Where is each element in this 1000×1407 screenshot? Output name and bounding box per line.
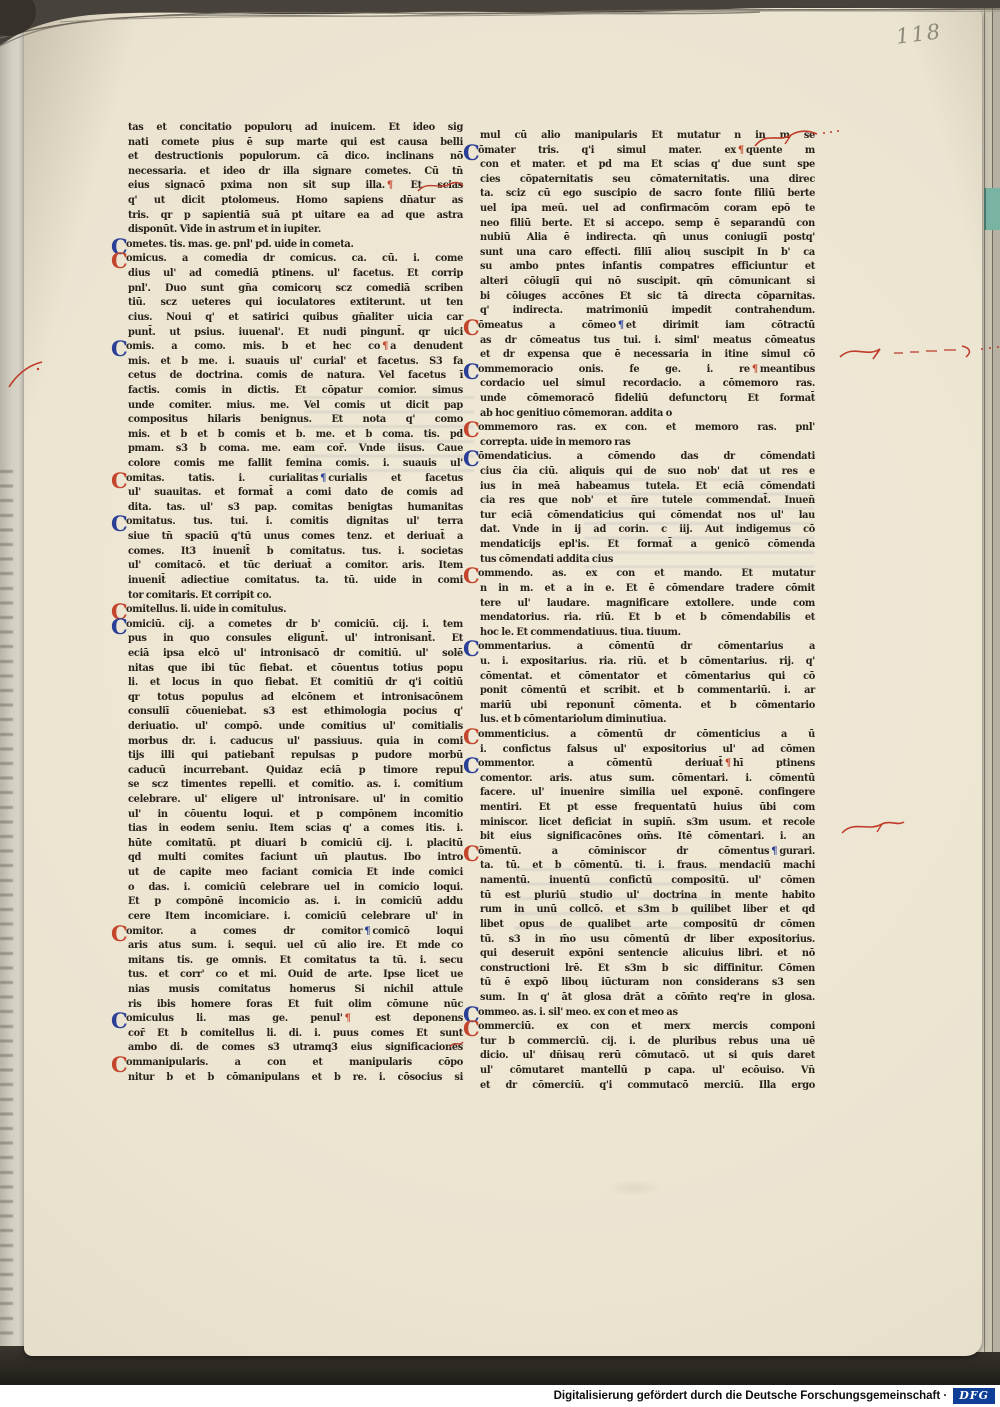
text-line: dius ul' ad comediā ptinens. ul' facetus… <box>128 267 463 282</box>
text-line: Comitatus. tus. tui. i. comitis dignitas… <box>128 515 463 530</box>
text-column-left: tas et concitatio populorų ad inuicem. E… <box>128 121 463 1085</box>
text-line: Et p compōnē incomicio as. i. in comiciū… <box>128 895 463 910</box>
text-line: compositus hilaris benignus. Et nota q' … <box>128 413 463 428</box>
illuminated-initial: C <box>463 848 478 859</box>
text-line: tas et concitatio populorų ad inuicem. E… <box>128 121 463 136</box>
text-line: rum in unū collcō. et s3m b quilibet lib… <box>480 903 815 918</box>
illuminated-initial: C <box>111 518 126 529</box>
text-line: uel ipa meū. uel ad confirmacōm coram ep… <box>480 202 815 217</box>
text-line: q' ut dicit ptolomeus. Homo sapiens dn̄a… <box>128 194 463 209</box>
text-line: punt̄. ut psius. iuuenal'. Et nudi pingu… <box>128 326 463 341</box>
paragraph-mark: ¶ <box>318 473 328 484</box>
text-line: hūte comitatū. pt diuari b comiciū cij. … <box>128 837 463 852</box>
text-line: ponit cōmentū et scribit. et b commentar… <box>480 684 815 699</box>
text-line: Comicus. a comedia dr comicus. ca. cū. i… <box>128 252 463 267</box>
text-line: mariū ubi reponunt̄ cōmenta. et b cōment… <box>480 699 815 714</box>
paragraph-mark: ¶ <box>736 145 746 156</box>
illuminated-initial: C <box>463 453 478 464</box>
text-line: tur b commerciū. cij. i. de pluribus reb… <box>480 1035 815 1050</box>
text-line: tias in eodem seniu. Item scias q' a com… <box>128 822 463 837</box>
text-line: dat. Vnde in ij ad corin. c iij. Aut ind… <box>480 523 815 538</box>
text-line: tū est pluriū studio ul' doctrina in men… <box>480 889 815 904</box>
text-line: correpta. uide in memoro ras <box>480 436 815 451</box>
text-line: ambo di. de comes s3 utramq3 eius signif… <box>128 1041 463 1056</box>
digitization-footer: Digitalisierung gefördert durch die Deut… <box>0 1385 1000 1407</box>
text-line: qd multi comites faciunt un̄ plautus. Ib… <box>128 851 463 866</box>
paragraph-mark: ¶ <box>769 846 779 857</box>
illuminated-initial: C <box>463 570 478 581</box>
illuminated-initial: C <box>463 147 478 158</box>
paragraph-mark: ¶ <box>723 758 733 769</box>
text-line: qui deseruit expōni sentencie alicuius l… <box>480 947 815 962</box>
text-line: unde cōmemoracō fideliū defunctorų Et fo… <box>480 392 815 407</box>
text-line: eius signacō pxima non sit sup illa.¶ Et… <box>128 179 463 194</box>
text-line: ul' comitacō. et tūc deriuat̄ a comitor.… <box>128 559 463 574</box>
text-line: tus cōmendati addita cius <box>480 553 815 568</box>
red-pen-flourish-icon <box>4 356 48 392</box>
paragraph-mark: ¶ <box>362 926 372 937</box>
text-line: nitas que ibi tūc fiebat. et cōuentus to… <box>128 662 463 677</box>
facing-page-text-bleed <box>0 470 13 1340</box>
text-line: necessaria. et ideo dr illa signare come… <box>128 165 463 180</box>
red-pen-flourish-icon <box>838 816 910 840</box>
illuminated-initial: C <box>463 366 478 377</box>
illuminated-initial: C <box>111 1015 126 1026</box>
text-line: tor comitaris. Et corripit co. <box>128 589 463 604</box>
text-line: ta. sciz cū ego suscipio de sacro fonte … <box>480 187 815 202</box>
text-line: nati comete pius ē sup marte qui est cau… <box>128 136 463 151</box>
text-line: et dr expensa que ē necessaria in itine … <box>480 348 815 363</box>
text-line: pmam. s3 b coma. me. eam cor̄. Vnde iisu… <box>128 442 463 457</box>
text-line: sum. In q' āt glosa drāt a cōm̄to req're… <box>480 991 815 1006</box>
text-line: pnl'. Duo sunt gn̄a comicorų scz comediā… <box>128 282 463 297</box>
text-line: tijs illi qui patiebant̄ repulsas p pudo… <box>128 749 463 764</box>
text-line: et destructionis populorum. cā dico. inc… <box>128 150 463 165</box>
text-line: Cōmendaticius. a cōmendo das dr cōmendat… <box>480 450 815 465</box>
text-line: constructioni lrē. Et s3m b sic diffinit… <box>480 962 815 977</box>
text-line: cor̄ Et b comitellus li. di. i. puus com… <box>128 1027 463 1042</box>
text-line: libet opus de qualibet arte compositū dr… <box>480 918 815 933</box>
footer-credit-text: Digitalisierung gefördert durch die Deut… <box>554 1390 948 1402</box>
text-line: Commenticius. a cōmentū dr cōmenticius a… <box>480 728 815 743</box>
text-line: Commentor. a cōmentū deriuat̄¶hī ptinens <box>480 757 815 772</box>
manuscript-page: 118 tas et concitatio populorų ad inuice… <box>24 8 982 1356</box>
illuminated-initial: C <box>111 621 126 632</box>
text-line: Commerciū. ex con et merx mercis componi <box>480 1020 815 1035</box>
text-line: Commeo. as. i. sil' meo. ex con et meo a… <box>480 1006 815 1021</box>
text-line: comentor. aris. atus sum. cōmentari. i. … <box>480 772 815 787</box>
text-line: deriuatio. ul' compō. unde comitius ul' … <box>128 720 463 735</box>
text-line: mis. et b me. i. suauis ul' curial' et f… <box>128 355 463 370</box>
illuminated-initial: C <box>111 1059 126 1070</box>
text-line: celebrare. ul' eligere ul' intronisare. … <box>128 793 463 808</box>
text-line: Comiciū. cij. a cometes dr b' comiciū. c… <box>128 618 463 633</box>
text-line: miniscor. licet deficiat in supin̄. s3m … <box>480 816 815 831</box>
text-line: ab hoc genitiuo cōmemoran. addita o <box>480 407 815 422</box>
text-line: cius. Noui q' et satirici quibus gn̄alit… <box>128 311 463 326</box>
text-line: ris ibis homere foras Et fuit olim cōmun… <box>128 998 463 1013</box>
text-line: Comiculus li. mas ge. penul'¶ est depone… <box>128 1012 463 1027</box>
text-line: morbus dr. i. caducus ul' passiuus. quia… <box>128 735 463 750</box>
red-pen-flourish-icon <box>836 340 1000 366</box>
text-line: et dr cōmerciū. q'i commutacō merciū. Il… <box>480 1079 815 1094</box>
illuminated-initial: C <box>463 1023 478 1034</box>
text-line: su ambo pntes infantis compatres efficiu… <box>480 260 815 275</box>
bookmark-tab <box>984 188 1000 230</box>
text-line: siue tn̄ spaciū q'tū unus comes tenz. et… <box>128 530 463 545</box>
text-line: Comitor. a comes dr comitor¶comicō loqui <box>128 925 463 940</box>
text-line: nubiū Alia ē indirecta. qn̄ unus coniugi… <box>480 231 815 246</box>
text-line: pus in quo consules eligunt̄. ul' intron… <box>128 632 463 647</box>
text-line: alteri cōiugiī qui nō suscipit. qm̄ cōmu… <box>480 275 815 290</box>
text-line: cere Item incomiciare. i. comiciū celebr… <box>128 910 463 925</box>
text-line: ius in meā habeamus tutela. Et eciā cōme… <box>480 480 815 495</box>
text-line: tere ul' laudare. magnificare extollere.… <box>480 597 815 612</box>
text-line: Comitellus. li. uide in comitulus. <box>128 603 463 618</box>
text-line: nias musis comitatus homerus Si nichil a… <box>128 983 463 998</box>
illuminated-initial: C <box>463 643 478 654</box>
text-line: cōmentat. et cōmentator et cōmentarius q… <box>480 670 815 685</box>
text-line: i. confictus falsus ul' expositorius ul'… <box>480 743 815 758</box>
text-line: Cometes. tis. mas. ge. pnl' pd. uide in … <box>128 238 463 253</box>
text-line: as dr cōmeatus tus tui. i. siml' meatus … <box>480 334 815 349</box>
text-line: cius c̄ia ciū. aliquis qui de suo nob' d… <box>480 465 815 480</box>
text-line: bi cōiuges accōnes Et sic tā directa cōp… <box>480 290 815 305</box>
text-line: ut de capite meo faciant comicia Et inde… <box>128 866 463 881</box>
text-line: tū. s3 in m̄o usu cōmentū dr liber expos… <box>480 933 815 948</box>
paragraph-mark: ¶ <box>385 180 395 191</box>
illuminated-initial: C <box>111 475 126 486</box>
text-line: ul' suauitas. et format̄ a comi dato de … <box>128 486 463 501</box>
text-line: inuenit̄ adiectiue comitatus. ta. tū. ui… <box>128 574 463 589</box>
text-line: ul' cōmutaret mantellū p capa. ul' ecōui… <box>480 1064 815 1079</box>
text-line: neo filiū berte. Et si accepo. semp ē se… <box>480 217 815 232</box>
text-line: ul' in cōuentu loqui. et p compōnem inco… <box>128 808 463 823</box>
text-line: facere. ul' inuenire similia uel exponē.… <box>480 786 815 801</box>
dfg-logo: DFG <box>953 1388 995 1404</box>
text-line: Commemoro ras. ex con. et memoro ras. pn… <box>480 421 815 436</box>
paragraph-mark: ¶ <box>616 320 626 331</box>
text-line: lus. et b cōmentariolum diminutiua. <box>480 713 815 728</box>
red-pen-tick-icon <box>448 1038 466 1050</box>
text-line: tiū. scz ueteres qui ioculatores extiter… <box>128 296 463 311</box>
text-line: disponūt. Vide in astrum et in iupiter. <box>128 223 463 238</box>
text-line: mentiri. Et pt esse frequentatū huius ūb… <box>480 801 815 816</box>
illuminated-initial: C <box>463 731 478 742</box>
illuminated-initial: C <box>463 760 478 771</box>
text-line: q' indirecta. matrimoniū impedit contrah… <box>480 304 815 319</box>
text-line: tur eciā cōmendaticius qui cōmendat nos … <box>480 509 815 524</box>
illuminated-initial: C <box>463 424 478 435</box>
text-line: Commemoracio onis. fe ge. i. re¶meantibu… <box>480 363 815 378</box>
text-line: unde comiter. mius. me. Vel comis ut dic… <box>128 399 463 414</box>
text-line: namentū. inuentū confictū compositū. ul'… <box>480 874 815 889</box>
digitized-manuscript-scan: { "page_number": "118", "footer": { "tex… <box>0 0 1000 1407</box>
text-line: comes. It3 inuenit̄ b comitatus. tus. i.… <box>128 545 463 560</box>
text-line: ta. tū. et b cōmentū. ti. i. fraus. mend… <box>480 859 815 874</box>
paragraph-mark: ¶ <box>343 1013 353 1024</box>
text-line: cies cōpaternitatis seu cōmaternitatis. … <box>480 173 815 188</box>
text-line: hoc le. Et commendatiuus. tiua. tiuum. <box>480 626 815 641</box>
text-line: eciā ipsa elcō ul' intronisacō dr comiti… <box>128 647 463 662</box>
red-pen-flourish-icon <box>416 176 466 196</box>
text-line: aris atus sum. i. sequi. uel cū alio ire… <box>128 939 463 954</box>
text-line: Comitas. tatis. i. curialitas¶curialis e… <box>128 472 463 487</box>
text-line: dita. tas. ul' s3 pap. comitas benigtas … <box>128 501 463 516</box>
text-line: Commentarius. a cōmentū dr cōmentarius a <box>480 640 815 655</box>
text-line: mendaticijs epl'is. Et format̄ a genicō … <box>480 538 815 553</box>
text-line: Commendo. as. ex con et mando. Et mutatu… <box>480 567 815 582</box>
text-line: o das. i. comiciū celebrare uel in comic… <box>128 881 463 896</box>
text-line: caducū incurrebant. Quidaz eciā p timore… <box>128 764 463 779</box>
text-line: nitur b et b cōmanipulans et b re. i. cō… <box>128 1071 463 1086</box>
text-line: colore comis me fallit femina comis. i. … <box>128 457 463 472</box>
illuminated-initial: C <box>111 928 126 939</box>
folio-number: 118 <box>895 19 944 48</box>
paragraph-mark: ¶ <box>380 341 390 352</box>
text-line: tris. qr p sapientiā suā pt uitare ea ad… <box>128 209 463 224</box>
text-line: se scz timentes repelli. et comitio. as.… <box>128 778 463 793</box>
text-line: mendatorius. ria. riū. Et b et b cōmenda… <box>480 611 815 626</box>
paragraph-mark: ¶ <box>750 364 760 375</box>
text-line: con et mater. et pd ma Et scias q' due s… <box>480 158 815 173</box>
text-column-right: mul cū alio manipularis Et mutatur n in … <box>480 129 815 1093</box>
text-line: li. et locus in quo fiebat. Et comitiū d… <box>128 676 463 691</box>
text-line: tū ē expō liboų iūcturam non considerans… <box>480 976 815 991</box>
text-line: consuliī cōueniebat. s3 est ethimologia … <box>128 705 463 720</box>
text-line: Cōmeatus a cōmeo¶et dirimit iam cōtractū <box>480 319 815 334</box>
text-line: cia res que nob' et n̄re tutele commenda… <box>480 494 815 509</box>
illuminated-initial: C <box>111 255 126 266</box>
red-pen-flourish-icon <box>752 123 842 153</box>
illuminated-initial: C <box>111 343 126 354</box>
text-line: bit eius significacōnes om̄s. Itē cōment… <box>480 830 815 845</box>
text-line: sunt una caro effecti. filiī alioų susci… <box>480 246 815 261</box>
text-line: mis. et b et b comis et b. me. et b coma… <box>128 428 463 443</box>
text-line: cordacio uel simul recordacio. a cōmemor… <box>480 377 815 392</box>
text-line: u. i. expositarius. ria. riū. et b cōmen… <box>480 655 815 670</box>
text-line: cetus de doctrina. comis de natura. Vel … <box>128 369 463 384</box>
text-line: mitans tis. ge omnis. Et comitatus ta tū… <box>128 954 463 969</box>
text-line: n in m. et a in e. Et ē cōmendare trader… <box>480 582 815 597</box>
text-line: factis. comis in dictis. Et cōpatur comi… <box>128 384 463 399</box>
text-line: Comis. a como. mis. b et hec co¶a denude… <box>128 340 463 355</box>
text-line: tus. et corr' co et mi. Ouid de arte. Ip… <box>128 968 463 983</box>
text-line: Cōmentū. a cōminiscor dr cōmentus¶gurari… <box>480 845 815 860</box>
text-line: Commanipularis. a con et manipularis cōp… <box>128 1056 463 1071</box>
text-line: dicio. ul' dn̄isaų rerū cōmutacō. ut si … <box>480 1049 815 1064</box>
text-line: qr totus populus ad elcōnem et intronisa… <box>128 691 463 706</box>
illuminated-initial: C <box>463 322 478 333</box>
